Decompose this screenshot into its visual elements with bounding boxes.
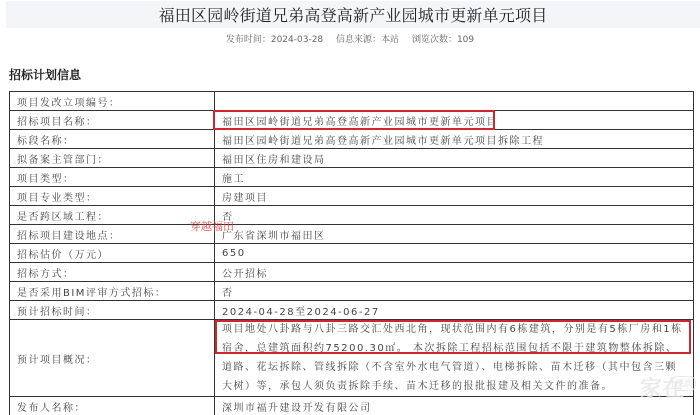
row-value-overview: 项目地处八卦路与八卦三路交汇处西北角，现状范围内有6栋建筑，分别是有5栋厂房和1… [215,320,694,397]
row-value: 房建项目 [215,187,694,206]
row-label: 项目专业类型： [10,187,215,206]
row-label: 是否跨区域工程： [10,206,215,225]
row-value: 否 [215,206,694,225]
tender-plan-table: 项目发改立项编号： 招标项目名称： 福田区园岭街道兄弟高登高新产业园城市更新单元… [9,91,694,415]
row-label: 预计招标时间： [10,301,215,320]
section-title: 招标计划信息 [9,66,81,83]
table-row: 拟备案主管部门： 福田区住房和建设局 [10,149,694,168]
row-value: 福田区住房和建设局 [215,149,694,168]
article-meta: 发布时间：2024-03-28 信息来源：本站 浏览次数：109 [0,32,700,45]
table-row: 标段名称： 福田区园岭街道兄弟高登高新产业园城市更新单元项目拆除工程 [10,130,694,149]
view-count: 浏览次数：109 [412,35,474,45]
table-row: 招标项目建设地点： 广东省深圳市福田区 [10,225,694,244]
table-row: 项目类型： 施工 [10,168,694,187]
row-label: 招标方式： [10,263,215,282]
table-row: 预计招标时间： 2024-04-28至2024-06-27 [10,301,694,320]
page-title-bar: 福田区园岭街道兄弟高登高新产业园城市更新单元项目 [6,1,700,28]
row-label: 项目类型： [10,168,215,187]
table-row: 招标项目名称： 福田区园岭街道兄弟高登高新产业园城市更新单元项目 [10,111,694,130]
row-value: 福田区园岭街道兄弟高登高新产业园城市更新单元项目拆除工程 [215,130,694,149]
watermark-text: 穿越福田 [190,218,234,234]
table-row: 项目专业类型： 房建项目 [10,187,694,206]
row-value: 否 [215,282,694,301]
page-title: 福田区园岭街道兄弟高登高新产业园城市更新单元项目 [159,3,548,26]
row-label: 是否采用BIM评审方式招标： [10,282,215,301]
row-label: 预计项目概况： [10,320,215,397]
row-value [215,92,694,111]
row-value: 650 [215,244,694,263]
row-label: 标段名称： [10,130,215,149]
row-value: 2024-04-28至2024-06-27 [215,301,694,320]
table-row: 项目发改立项编号： [10,92,694,111]
row-value: 深圳市福升建设开发有限公司 [215,397,694,415]
row-label: 招标估价（万元） [10,244,215,263]
row-value: 广东省深圳市福田区 [215,225,694,244]
watermark-logo-sub: 深圳 [672,376,696,391]
table-row: 是否采用BIM评审方式招标： 否 [10,282,694,301]
info-source: 信息来源：本站 [336,35,399,45]
table-row: 预计项目概况： 项目地处八卦路与八卦三路交汇处西北角，现状范围内有6栋建筑，分别… [10,320,694,397]
watermark-logo: 家在 深圳 [640,372,700,412]
row-value: 公开招标 [215,263,694,282]
row-value: 福田区园岭街道兄弟高登高新产业园城市更新单元项目 [215,111,694,130]
row-value: 施工 [215,168,694,187]
table-row: 招标估价（万元） 650 [10,244,694,263]
row-label: 招标项目建设地点： [10,225,215,244]
row-label: 招标项目名称： [10,111,215,130]
table-row: 是否跨区域工程： 否 [10,206,694,225]
row-label: 发布人名称： [10,397,215,415]
publish-time: 发布时间：2024-03-28 [226,35,323,45]
table-row: 发布人名称： 深圳市福升建设开发有限公司 [10,397,694,415]
table-row: 招标方式： 公开招标 [10,263,694,282]
row-label: 项目发改立项编号： [10,92,215,111]
row-label: 拟备案主管部门： [10,149,215,168]
